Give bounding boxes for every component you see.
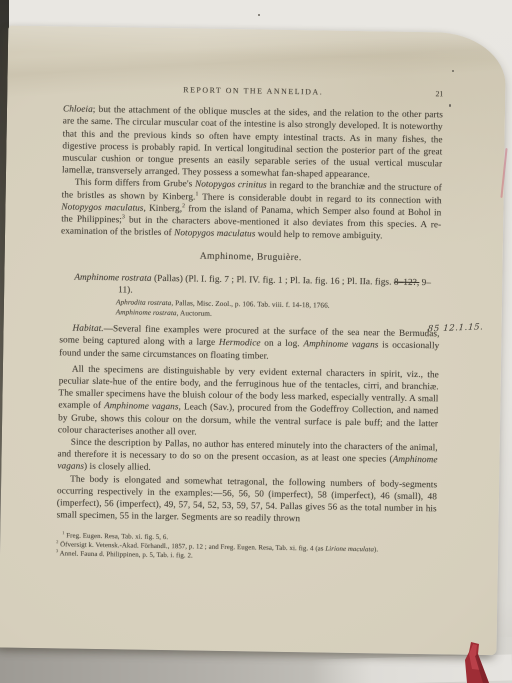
text-segment: This form differs from Grube's [75,177,195,189]
text-segment: Annel. Fauna d. Philippinen, p. 5, Tab. … [58,551,193,560]
paragraph-body-segments: The body is elongated and somewhat tetra… [57,472,438,527]
section-heading-amphinome: Amphinome, Bruguière. [61,249,441,267]
text-segment: Lirione maculata [325,546,374,554]
handwritten-margin-note: 85 12.1.15. [427,321,512,334]
synonymy-block: Aphrodita rostrata, Pallas, Misc. Zool.,… [60,297,440,322]
text-segment: The body is elongated and somewhat tetra… [57,473,438,523]
running-title: REPORT ON THE ANNELIDA. [183,85,323,96]
photo-of-book-page: REPORT ON THE ANNELIDA. 21 Chloeia; but … [0,0,512,683]
text-segment: ) is closely allied. [84,461,151,472]
text-segment: would help to remove ambiguity. [255,229,382,241]
paragraph-since-description: Since the description by Pallas, no auth… [57,435,438,478]
text-segment: (Pallas) (Pl. I. fig. 7 ; Pl. IV. fig. 1… [152,272,394,286]
text-segment: Amphinome rostrata [74,271,151,282]
text-segment: Amphinome, Bruguière. [200,251,302,264]
text-segment: Since the description by Pallas, no auth… [58,437,438,464]
dust-speck [452,70,454,72]
text-segment: Amphinome rostrata [116,308,177,317]
paragraph-specimens: All the specimens are distinguishable by… [58,362,439,441]
page-text-column: REPORT ON THE ANNELIDA. 21 Chloeia; but … [56,82,443,564]
text-segment: Amphinome vagans [303,339,378,350]
text-segment: 8–12?, [394,276,420,286]
bookmark-ribbon-icon [455,642,499,683]
paragraph-chloeia-continuation: Chloeia; but the attachment of the obliq… [62,103,443,182]
text-segment: Notopygos maculatus [61,201,143,212]
text-segment: , Kinberg, [143,203,182,214]
text-segment: Aphrodita rostrata [116,298,172,307]
text-segment: , Pallas, Misc. Zool., p. 106. Tab. viii… [171,299,329,309]
text-segment: Notopygos crinitus [195,179,267,190]
text-segment: ; but the attachment of the oblique musc… [62,104,443,179]
text-segment: Amphinome vagans [104,401,179,412]
species-citation-line: Amphinome rostrata (Pallas) (Pl. I. fig.… [60,270,440,300]
paragraph-notopygos: This form differs from Grube's Notopygos… [61,176,442,243]
text-segment: , Auctorum. [177,309,212,318]
book-page: REPORT ON THE ANNELIDA. 21 Chloeia; but … [0,26,506,656]
paragraph-habitat: Habitat.—Several fine examples were proc… [59,322,440,365]
text-segment: on a log. [261,338,304,349]
dust-speck [449,104,451,107]
text-segment: There is considerable doubt in regard to… [198,191,441,205]
text-segment: Chloeia [63,104,93,114]
text-segment: Hermodice [219,337,261,348]
footnotes-block: 1 Freg. Eugen. Resa, Tab. xi. fig. 5, 6.… [56,532,436,565]
text-segment: Habitat. [72,323,103,333]
text-segment: ). [374,547,378,554]
running-header: REPORT ON THE ANNELIDA. 21 [63,82,443,100]
text-segment: Notopygos maculatus [174,227,255,238]
page-number: 21 [435,88,443,100]
dust-speck [258,14,260,16]
